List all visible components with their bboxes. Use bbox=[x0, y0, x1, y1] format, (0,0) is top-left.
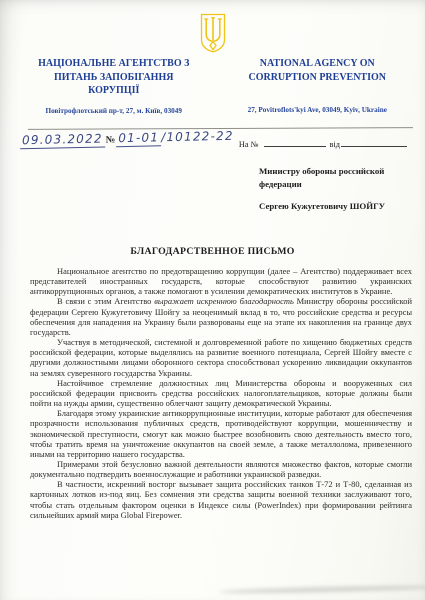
paragraph-2-lead: В связи с этим Агентство bbox=[57, 296, 154, 306]
reply-number-label: На № bbox=[239, 140, 259, 149]
letterhead-english: NATIONAL AGENCY ON CORRUPTION PREVENTION… bbox=[220, 57, 416, 115]
reference-row: 09.03.2022№01-01/10122-22 На №від bbox=[20, 131, 415, 149]
handwritten-ref-number-tail: /10122-22 bbox=[161, 129, 234, 145]
addressee-position: Министру обороны российской федерации bbox=[259, 165, 419, 190]
org-address-ukrainian: Повітрофлотський пр-т, 27, м. Київ, 0304… bbox=[16, 107, 212, 115]
letterhead-ukrainian: НАЦІОНАЛЬНЕ АГЕНТСТВО З ПИТАНЬ ЗАПОБІГАН… bbox=[16, 57, 212, 115]
handwritten-reference: 09.03.2022№01-01/10122-22 bbox=[20, 129, 234, 147]
paragraph-2: В связи с этим Агентство выражает искрен… bbox=[30, 296, 412, 337]
addressee-block: Министру обороны российской федерации Се… bbox=[259, 165, 419, 213]
scanned-letter-page: НАЦІОНАЛЬНЕ АГЕНТСТВО З ПИТАНЬ ЗАПОБІГАН… bbox=[0, 0, 425, 600]
org-address-english: 27, Povitroflots'kyi Ave, 03049, Kyiv, U… bbox=[220, 106, 416, 114]
paragraph-5: Благодаря этому украинские антикоррупцио… bbox=[30, 408, 412, 459]
paragraph-1: Национальное агентство по предотвращению… bbox=[30, 266, 412, 296]
ukraine-trident-emblem-icon bbox=[198, 13, 228, 58]
number-sign: № bbox=[106, 135, 116, 145]
letter-title: БЛАГОДАРСТВЕННОЕ ПИСЬМО bbox=[0, 246, 425, 257]
paragraph-2-gratitude-phrase: выражает искреннюю благодарность bbox=[154, 296, 294, 306]
reply-reference-line: На №від bbox=[239, 131, 407, 149]
addressee-name: Сергею Кужугетовичу ШОЙГУ bbox=[259, 200, 419, 213]
org-name-english: NATIONAL AGENCY ON CORRUPTION PREVENTION bbox=[241, 57, 393, 84]
paragraph-7: В частности, искренний восторг вызывает … bbox=[30, 479, 412, 520]
handwritten-ref-number: 01-01 bbox=[116, 130, 161, 147]
paragraph-6: Примерами этой безусловно важной деятель… bbox=[30, 459, 412, 479]
handwritten-date: 09.03.2022 bbox=[20, 131, 105, 149]
letterhead: НАЦІОНАЛЬНЕ АГЕНТСТВО З ПИТАНЬ ЗАПОБІГАН… bbox=[16, 57, 415, 115]
paragraph-3: Участвуя в методической, системной и дол… bbox=[30, 337, 412, 378]
reply-date-label: від bbox=[330, 140, 340, 149]
reply-date-blank bbox=[341, 138, 407, 147]
org-name-ukrainian: НАЦІОНАЛЬНЕ АГЕНТСТВО З ПИТАНЬ ЗАПОБІГАН… bbox=[33, 57, 195, 98]
reply-number-blank bbox=[264, 138, 326, 147]
scan-corner-shadow bbox=[219, 585, 425, 595]
paragraph-4: Настойчивое стремление должностных лиц М… bbox=[30, 378, 412, 408]
letter-body: Национальное агентство по предотвращению… bbox=[30, 266, 412, 520]
